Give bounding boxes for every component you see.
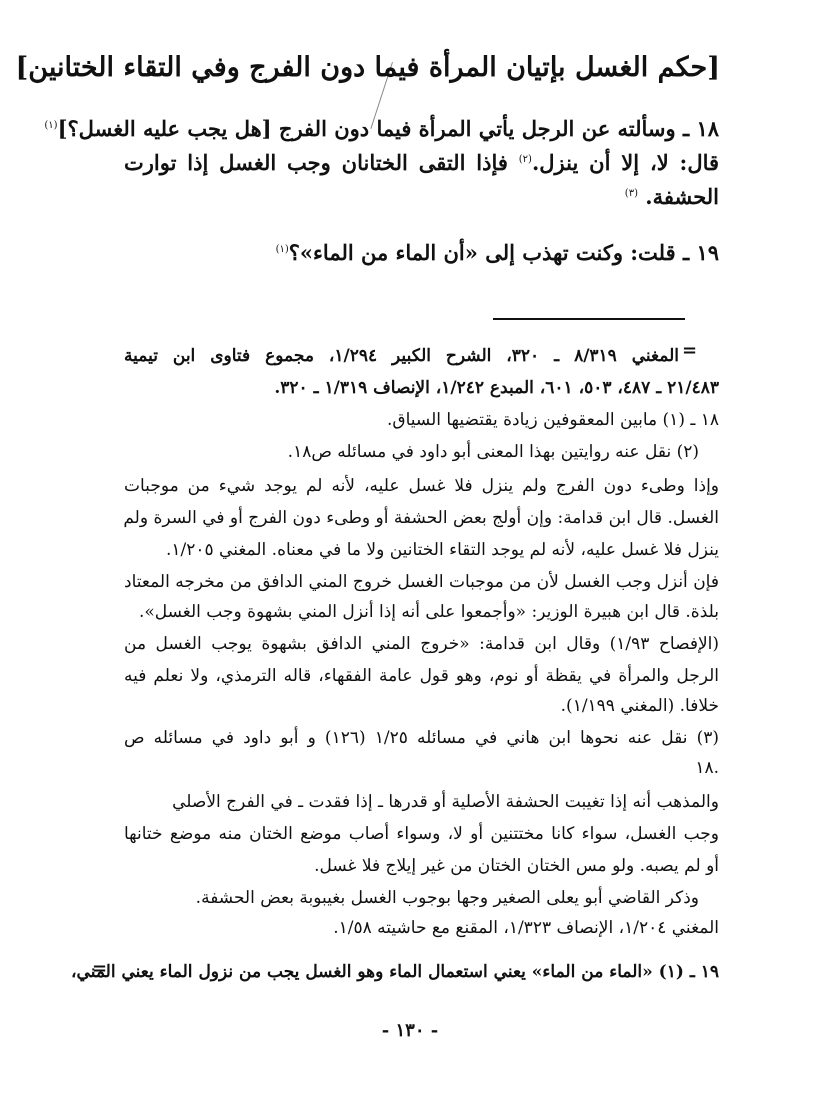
footnote-ref[interactable]: (١) — [44, 120, 57, 131]
footnote-18-2-line-4: ينزل فلا غسل عليه، لأنه لم يوجد التقاء ا… — [166, 540, 719, 560]
footnote-18-1: ١٨ ـ (١) مابين المعقوفين زيادة يقتضيها ا… — [387, 410, 719, 430]
footnote-18-3-line-5: أو لم يصبه. ولو مس الختان الختان من غير … — [314, 856, 719, 876]
masala-19-line-1: ١٩ ـ قلت: وكنت تهذب إلى «أن الماء من الم… — [276, 240, 719, 265]
book-page: [حكم الغسل بإتيان المرأة فيما دون الفرج … — [0, 0, 817, 1113]
footnote-18-2-line-6: بلذة. قال ابن هبيرة الوزير: «وأجمعوا على… — [139, 602, 719, 622]
footnote-ref[interactable]: (٣) — [625, 188, 638, 199]
footnote-18-2-line-8: الرجل والمرأة في يقظة أو نوم، وهو قول عا… — [124, 666, 719, 686]
footnote-18-2-line-2: وإذا وطىء دون الفرج ولم ينزل فلا غسل علي… — [124, 476, 719, 496]
page-number: - ١٣٠ - — [360, 1020, 460, 1041]
footnote-continued-line-2: ٢١/٤٨٣ ـ ٤٨٧، ٥٠٣، ٦٠١، المبدع ١/٢٤٢، ال… — [274, 378, 719, 398]
footnote-ref[interactable]: (١) — [276, 244, 289, 255]
footnote-19-1: ١٩ ـ (١) «الماء من الماء» يعني استعمال ا… — [71, 962, 719, 982]
footnote-18-2-line-3: الغسل. قال ابن قدامة: وإن أولج بعض الحشف… — [124, 508, 719, 528]
footnote-18-2-line-7: (الإفصاح ١/٩٣) وقال ابن قدامة: «خروج الم… — [124, 634, 719, 654]
masala-18-line-2: قال: لا، إلا أن ينزل.(٢) فإذا التقى الخت… — [124, 150, 719, 175]
continuation-mark: = — [682, 340, 697, 361]
footnote-continued-line-1: المغني ٨/٣١٩ ـ ٣٢٠، الشرح الكبير ١/٢٩٤، … — [124, 346, 679, 366]
footnote-18-3-line-3: والمذهب أنه إذا تغيبت الحشفة الأصلية أو … — [172, 792, 719, 812]
footnote-separator — [493, 318, 685, 320]
footnote-18-3-line-6: وذكر القاضي أبو يعلى الصغير وجها بوجوب ا… — [196, 888, 699, 908]
footnote-18-2-line-5: فإن أنزل وجب الغسل لأن من موجبات الغسل خ… — [124, 572, 719, 592]
page-title: [حكم الغسل بإتيان المرأة فيما دون الفرج … — [100, 52, 720, 83]
masala-18-line-3: الحشفة. (٣) — [625, 184, 719, 209]
footnote-18-2-line-9: خلافا. (المغني ١/١٩٩). — [561, 696, 719, 716]
footnote-18-3-line-1: (٣) نقل عنه نحوها ابن هاني في مسائله ١/٢… — [124, 728, 719, 748]
continuation-mark-bottom: = — [92, 958, 107, 979]
footnote-18-2-line-1: (٢) نقل عنه روايتين بهذا المعنى أبو داود… — [288, 442, 699, 462]
masala-18-line-1: ١٨ ـ وسألته عن الرجل يأتي المرأة فيما دو… — [44, 116, 719, 141]
footnote-18-3-line-4: وجب الغسل، سواء كانا مختتنين أو لا، وسوا… — [124, 824, 719, 844]
footnote-18-3-line-2: ١٨. — [695, 758, 719, 778]
footnote-ref[interactable]: (٢) — [519, 154, 532, 165]
footnote-18-3-line-7: المغني ١/٢٠٤، الإنصاف ١/٣٢٣، المقنع مع ح… — [333, 918, 719, 938]
